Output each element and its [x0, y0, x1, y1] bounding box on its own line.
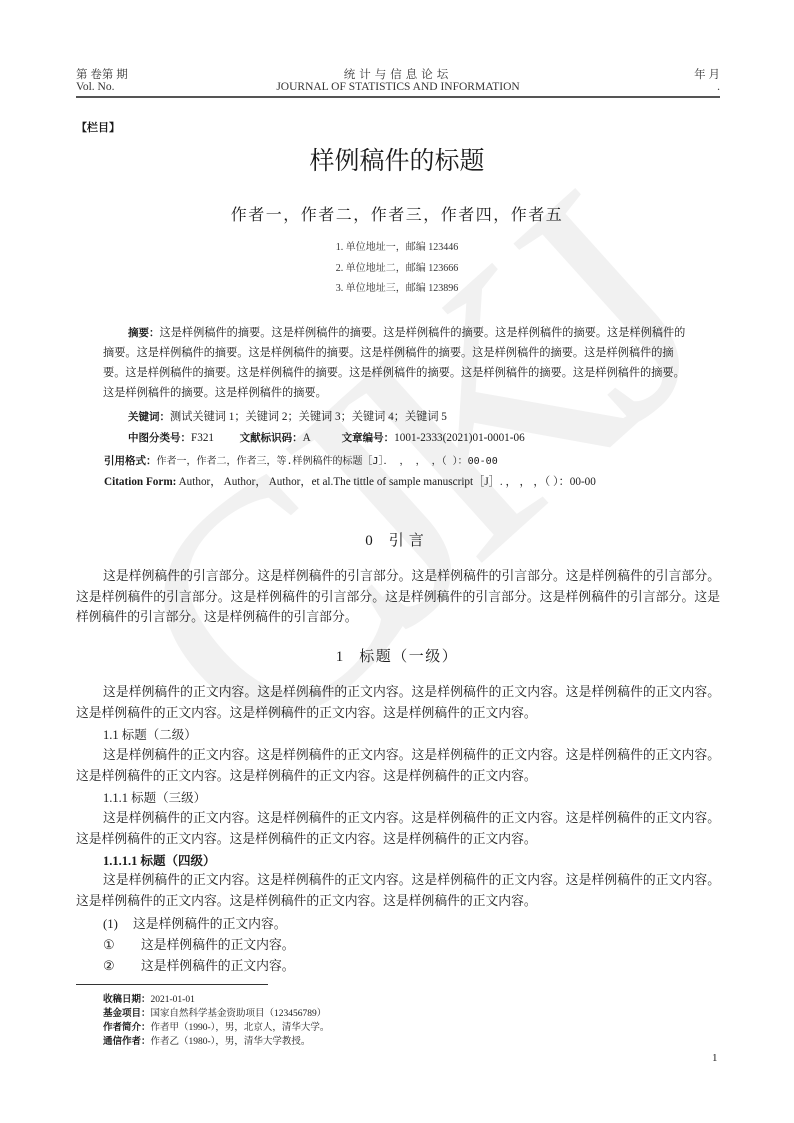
abstract: 摘要：这是样例稿件的摘要。这是样例稿件的摘要。这是样例稿件的摘要。这是样例稿件的…: [103, 323, 695, 403]
article-no-value: 1001-2333(2021)01-0001-06: [394, 432, 525, 444]
footnote-text: 作者甲（1990-），男，北京人，清华大学。: [151, 1023, 330, 1033]
footnote-text: 国家自然科学基金资助项目（123456789）: [151, 1009, 327, 1019]
footnote-author-bio: 作者简介：作者甲（1990-），男，北京人，清华大学。: [103, 1021, 329, 1035]
list-text: 这是样例稿件的正文内容。: [133, 917, 287, 931]
list-marker: ①: [103, 938, 141, 953]
abstract-label: 摘要：: [128, 327, 160, 339]
intro-paragraph: 这是样例稿件的引言部分。这是样例稿件的引言部分。这是样例稿件的引言部分。这是样例…: [76, 566, 720, 628]
citation-zh: 引用格式：作者一，作者二，作者三，等.样例稿件的标题［J］． ， ， ，（ ）：…: [104, 452, 498, 468]
footnote-text: 2021-01-01: [151, 995, 195, 1005]
citation-en-text: Author， Author， Author，et al.The tittle …: [176, 476, 595, 488]
list-marker: ②: [103, 959, 141, 974]
header-rule: [76, 96, 720, 98]
page-number: 1: [712, 1052, 718, 1064]
subsection-heading-2: 1.1 标题（二级）: [103, 725, 197, 743]
keywords-label: 关键词：: [128, 411, 170, 423]
journal-name-en: JOURNAL OF STATISTICS AND INFORMATION: [76, 81, 720, 93]
list-item: ②这是样例稿件的正文内容。: [103, 955, 295, 974]
subsection-heading-3: 1.1.1 标题（三级）: [103, 788, 206, 806]
clc-label: 中图分类号：: [128, 432, 191, 444]
footnote-fund: 基金项目：国家自然科学基金资助项目（123456789）: [103, 1007, 329, 1021]
list-marker: (1): [103, 917, 133, 932]
citation-en-label: Citation Form:: [104, 476, 176, 488]
footnote-label: 作者简介：: [103, 1022, 151, 1033]
abstract-text: 这是样例稿件的摘要。这是样例稿件的摘要。这是样例稿件的摘要。这是样例稿件的摘要。…: [103, 327, 685, 399]
section-heading-intro: 0引言: [0, 529, 794, 550]
year-month-zh: 年 月: [694, 66, 720, 82]
subsection-4-paragraph: 这是样例稿件的正文内容。这是样例稿件的正文内容。这是样例稿件的正文内容。这是样例…: [76, 870, 720, 911]
section-heading-1: 1标题（一级）: [0, 645, 794, 666]
footnote-corresponding: 通信作者：作者乙（1980-），男，清华大学教授。: [103, 1035, 329, 1049]
section-title: 标题（一级）: [359, 649, 458, 665]
paper-title: 样例稿件的标题: [0, 141, 794, 177]
section-1-paragraph: 这是样例稿件的正文内容。这是样例稿件的正文内容。这是样例稿件的正文内容。这是样例…: [76, 682, 720, 723]
footnote-text: 作者乙（1980-），男，清华大学教授。: [151, 1037, 311, 1047]
author-list: 作者一，作者二，作者三，作者四，作者五: [0, 202, 794, 225]
citation-zh-label: 引用格式：: [104, 455, 157, 467]
clc-value: F321: [191, 432, 214, 444]
list-item: ①这是样例稿件的正文内容。: [103, 934, 295, 953]
footnotes: 收稿日期：2021-01-01 基金项目：国家自然科学基金资助项目（123456…: [103, 993, 329, 1049]
section-number: 0: [365, 533, 373, 549]
journal-name-zh: 统计与信息论坛: [76, 66, 720, 82]
section-title: 引言: [389, 533, 429, 549]
keywords: 关键词：测试关键词 1；关键词 2；关键词 3；关键词 4；关键词 5: [128, 408, 447, 424]
affiliation-1: 1. 单位地址一，邮编 123446: [0, 238, 794, 253]
footnote-label: 通信作者：: [103, 1036, 151, 1047]
article-no-label: 文章编号：: [342, 432, 395, 444]
list-text: 这是样例稿件的正文内容。: [141, 938, 295, 952]
footnote-label: 收稿日期：: [103, 994, 151, 1005]
doc-code-label: 文献标识码：: [240, 432, 303, 444]
subsection-2-paragraph: 这是样例稿件的正文内容。这是样例稿件的正文内容。这是样例稿件的正文内容。这是样例…: [76, 745, 720, 786]
affiliation-2: 2. 单位地址二，邮编 123666: [0, 259, 794, 274]
year-month-en: .: [717, 81, 720, 93]
subsection-heading-4: 1.1.1.1 标题（四级）: [103, 851, 216, 869]
affiliation-3: 3. 单位地址三，邮编 123896: [0, 279, 794, 294]
footnote-rule: [76, 984, 268, 985]
running-header-en: Vol. No. JOURNAL OF STATISTICS AND INFOR…: [76, 81, 720, 97]
citation-en: Citation Form: Author， Author， Author，et…: [104, 473, 596, 489]
footnote-label: 基金项目：: [103, 1008, 151, 1019]
section-number: 1: [336, 649, 344, 665]
list-item: (1)这是样例稿件的正文内容。: [103, 913, 287, 932]
doc-code-value: A: [303, 432, 310, 444]
subsection-3-paragraph: 这是样例稿件的正文内容。这是样例稿件的正文内容。这是样例稿件的正文内容。这是样例…: [76, 808, 720, 849]
footnote-received: 收稿日期：2021-01-01: [103, 993, 329, 1007]
classification-line: 中图分类号：F321 文献标识码：A 文章编号：1001-2333(2021)0…: [128, 430, 525, 445]
list-text: 这是样例稿件的正文内容。: [141, 959, 295, 973]
column-tag: 【栏目】: [76, 119, 120, 135]
keywords-text: 测试关键词 1；关键词 2；关键词 3；关键词 4；关键词 5: [170, 411, 447, 423]
running-header-zh: 第 卷第 期 统计与信息论坛 年 月: [76, 66, 720, 82]
citation-zh-text: 作者一，作者二，作者三，等.样例稿件的标题［J］． ， ， ，（ ）：00-00: [157, 456, 498, 467]
